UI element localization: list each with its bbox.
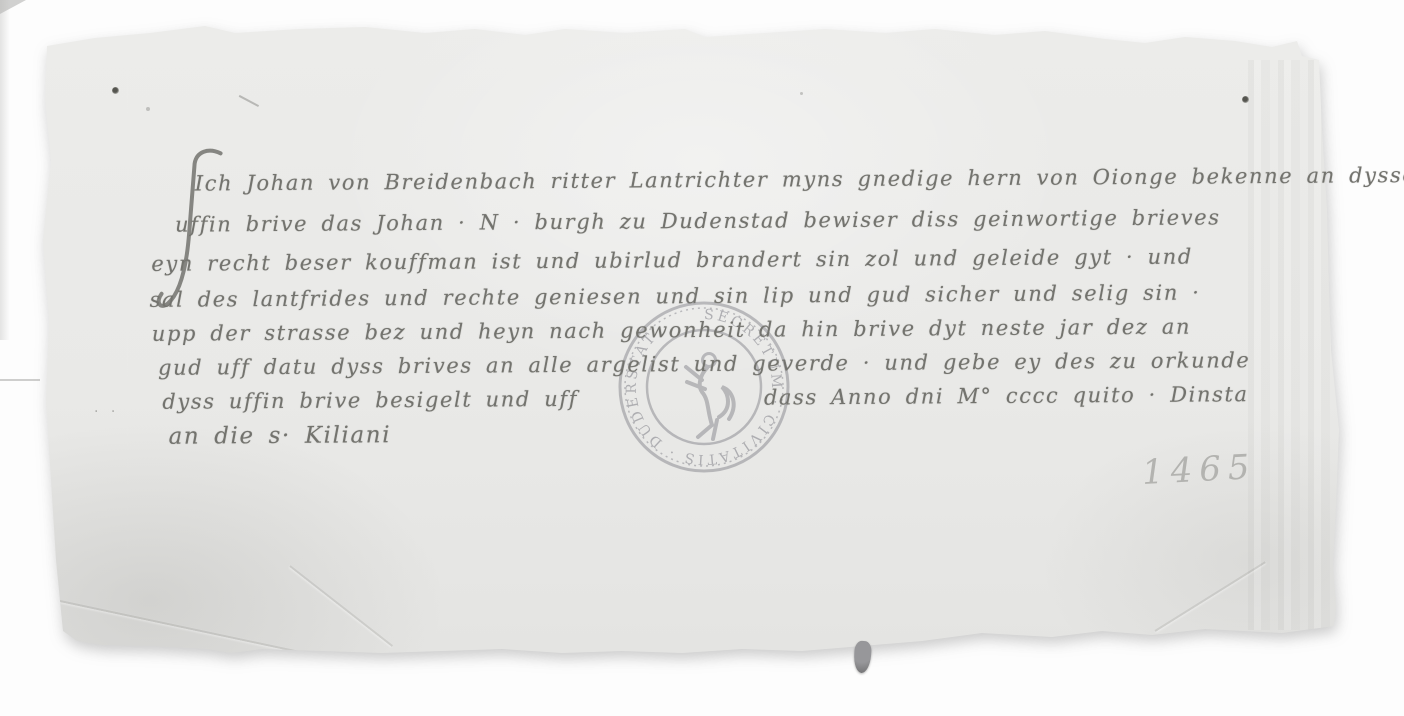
photograph-of-charter: SECRETUM · CIVITATIS · DUDERSTAT Ich Joh… <box>0 0 1404 716</box>
manuscript-line: uffin brive das Johan · N · burgh zu Dud… <box>175 205 1221 236</box>
manuscript-line: sal des lantfrides und rechte geniesen u… <box>149 281 1200 312</box>
manuscript-line: upp der strasse bez und heyn nach gewonh… <box>152 315 1191 346</box>
manuscript-line: dyss uffin brive besigelt und uff dass A… <box>162 382 1248 414</box>
manuscript-line: eyn recht beser kouffman ist und ubirlud… <box>151 245 1193 276</box>
manuscript-line: gud uff datu dyss brives an alle argelis… <box>158 348 1251 380</box>
manuscript-line: an die s· Kiliani <box>168 422 391 450</box>
margin-pencil-dots: · · <box>94 404 119 420</box>
archival-date-annotation: 1465 <box>1141 447 1257 493</box>
manuscript-line: Ich Johan von Breidenbach ritter Lantric… <box>195 163 1404 196</box>
margin-pencil-dash <box>0 379 40 381</box>
manuscript-text-block: Ich Johan von Breidenbach ritter Lantric… <box>0 0 1404 716</box>
